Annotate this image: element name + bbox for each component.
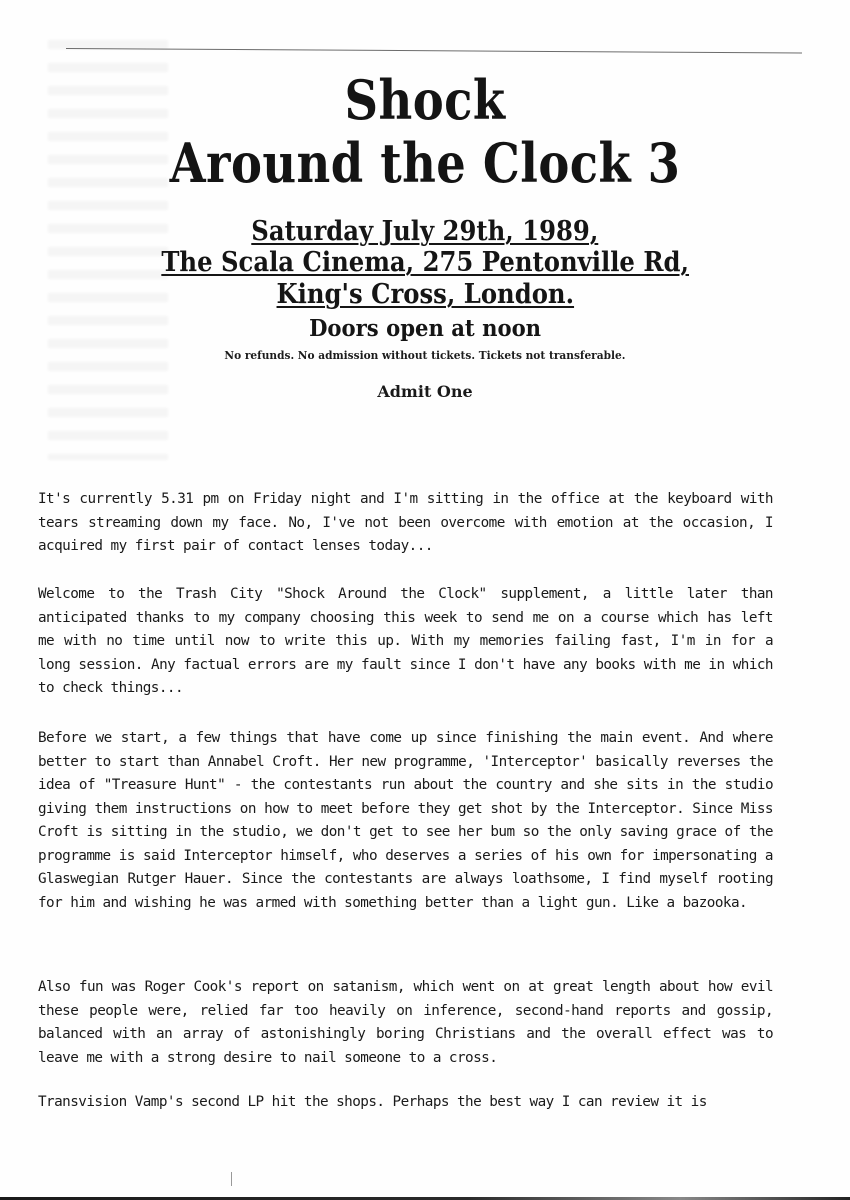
scan-artifact-mark [231,1172,232,1186]
top-rule-line [66,48,802,53]
event-location-text: King's Cross, London. [276,279,574,310]
event-location: King's Cross, London. [0,279,850,310]
body-paragraph-5: Transvision Vamp's second LP hit the sho… [38,1091,773,1115]
event-date: Saturday July 29th, 1989, [0,216,850,247]
document-page: Shock Around the Clock 3 Saturday July 2… [0,0,850,1200]
paragraph-text: Transvision Vamp's second LP hit the sho… [38,1091,773,1115]
body-paragraph-4: Also fun was Roger Cook's report on sata… [38,976,773,1070]
event-venue: The Scala Cinema, 275 Pentonville Rd, [0,247,850,278]
doors-open-text: Doors open at noon [309,315,541,342]
admit-one-label: Admit One [0,382,850,401]
paragraph-text: Also fun was Roger Cook's report on sata… [38,976,773,1070]
ticket-terms-text: No refunds. No admission without tickets… [224,348,625,362]
paragraph-text: Welcome to the Trash City "Shock Around … [38,583,773,701]
body-paragraph-3: Before we start, a few things that have … [38,727,773,915]
ticket-terms: No refunds. No admission without tickets… [0,348,850,362]
event-venue-text: The Scala Cinema, 275 Pentonville Rd, [161,247,689,278]
paragraph-text: Before we start, a few things that have … [38,727,773,915]
body-paragraph-2: Welcome to the Trash City "Shock Around … [38,583,773,701]
body-paragraph-1: It's currently 5.31 pm on Friday night a… [38,488,773,559]
title-line-2: Around the Clock 3 [60,131,791,195]
title-line-1: Shock [60,68,791,132]
paragraph-text: It's currently 5.31 pm on Friday night a… [38,488,773,559]
doors-open-notice: Doors open at noon [0,315,850,342]
event-date-text: Saturday July 29th, 1989, [251,216,598,247]
